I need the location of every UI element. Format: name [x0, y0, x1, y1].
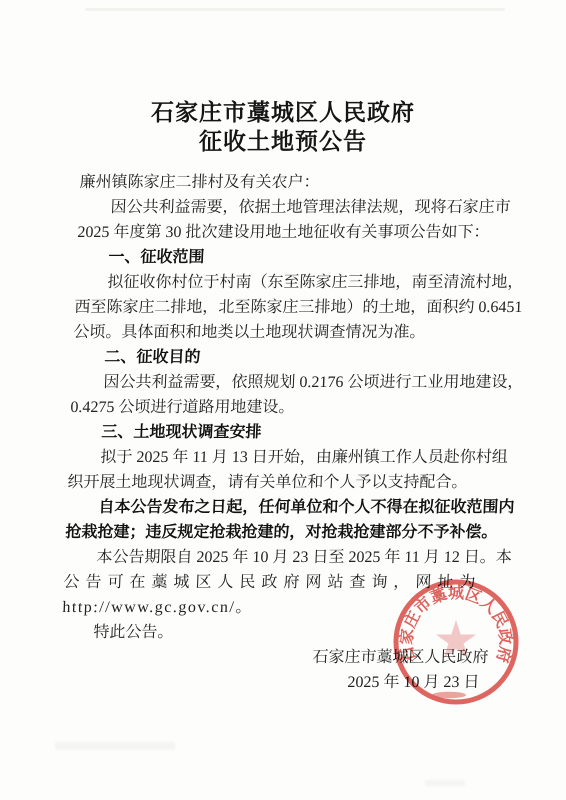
- body-line: 抢栽抢建；违反规定抢栽抢建的，对抢栽抢建部分不予补偿。: [65, 520, 494, 545]
- signature-block: 石家庄市藁城区人民政府 2025 年 10 月 23 日: [59, 645, 489, 695]
- signature-date: 2025 年 10 月 23 日: [59, 670, 488, 695]
- body-line: 拟征收你村位于村南（东至陈家庄三排地，南至清流村地，: [75, 270, 504, 295]
- body-line: 一、征收范围: [76, 245, 505, 270]
- document-body-wrap: 廉州镇陈家庄二排村及有关农户：因公共利益需要，依据土地管理法律法规，现将石家庄市…: [0, 170, 566, 695]
- body-line: 廉州镇陈家庄二排村及有关农户：: [79, 170, 508, 195]
- document-title-line1: 石家庄市藁城区人民政府: [0, 0, 566, 127]
- document-page: 石家庄市藁城区人民政府 征收土地预公告 廉州镇陈家庄二排村及有关农户：因公共利益…: [0, 0, 566, 800]
- body-line: 因公共利益需要，依据土地管理法律法规，现将石家庄市: [78, 195, 507, 220]
- document-body: 廉州镇陈家庄二排村及有关农户：因公共利益需要，依据土地管理法律法规，现将石家庄市…: [61, 170, 508, 645]
- body-line: 自本公告发布之日起，任何单位和个人不得在拟征收范围内: [66, 495, 495, 520]
- body-line: 公顷。具体面积和地类以土地现状调查情况为准。: [73, 320, 502, 345]
- body-line: 因公共利益需要，依照规划 0.2176 公顷进行工业用地建设，: [71, 370, 500, 395]
- body-line: http://www.gc.gov.cn/。: [62, 595, 491, 620]
- body-line: 西至陈家庄二排地，北至陈家庄三排地）的土地，面积约 0.6451: [74, 295, 503, 320]
- scan-artifact: [85, 8, 505, 11]
- body-line: 公告可在藁城区人民政府网站查询，网址为: [63, 570, 492, 595]
- signature-issuer: 石家庄市藁城区人民政府: [60, 645, 489, 670]
- document-title-line2: 征收土地预公告: [0, 127, 566, 156]
- body-line: 2025 年度第 30 批次建设用地土地征收有关事项公告如下：: [77, 220, 506, 245]
- body-line: 0.4275 公顷进行道路用地建设。: [70, 395, 499, 420]
- body-line: 特此公告。: [61, 620, 490, 645]
- body-line: 织开展土地现状调查，请有关单位和个人予以支持配合。: [67, 470, 496, 495]
- body-line: 三、土地现状调查安排: [69, 420, 498, 445]
- body-line: 二、征收目的: [72, 345, 501, 370]
- body-line: 拟于 2025 年 11 月 13 日开始，由廉州镇工作人员赴你村组: [68, 445, 497, 470]
- scan-artifact: [425, 780, 465, 786]
- scan-artifact: [55, 742, 175, 750]
- body-line: 本公告期限自 2025 年 10 月 23 日至 2025 年 11 月 12 …: [64, 545, 493, 570]
